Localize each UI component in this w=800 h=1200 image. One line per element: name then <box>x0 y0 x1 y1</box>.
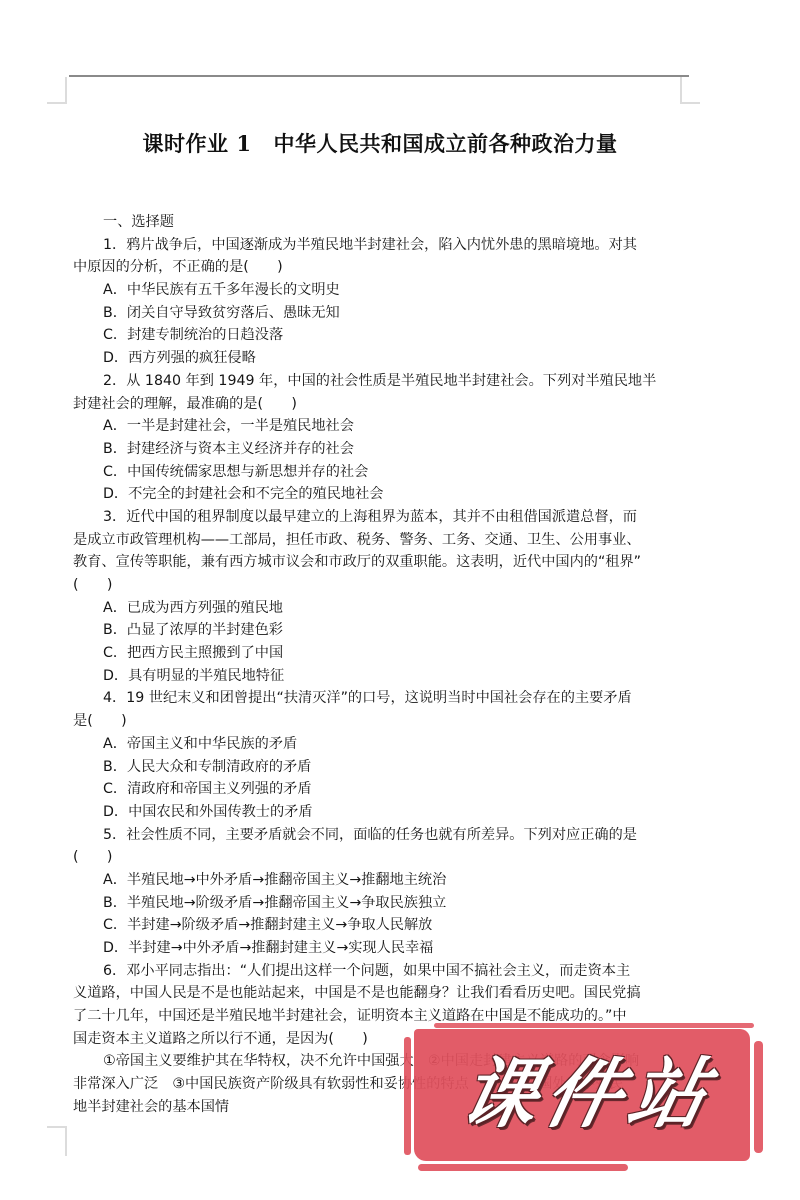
option-c: C．把西方民主照搬到了中国 <box>73 642 689 665</box>
page-title: 课时作业 1中华人民共和国成立前各种政治力量 <box>0 128 760 158</box>
option-d: D．半封建→中外矛盾→推翻封建主义→实现人民幸福 <box>73 937 689 960</box>
option-a: A．帝国主义和中华民族的矛盾 <box>73 733 689 756</box>
document-body: 一、选择题 1．鸦片战争后，中国逐渐成为半殖民地半封建社会，陷入内忧外患的黑暗境… <box>73 211 689 1119</box>
option-c: C．清政府和帝国主义列强的矛盾 <box>73 778 689 801</box>
option-a: A．中华民族有五千多年漫长的文明史 <box>73 279 689 302</box>
option-b: B．封建经济与资本主义经济并存的社会 <box>73 438 689 461</box>
question-5: 5．社会性质不同，主要矛盾就会不同，面临的任务也就有所差异。下列对应正确的是 (… <box>73 824 689 960</box>
option-a: A．一半是封建社会，一半是殖民地社会 <box>73 415 689 438</box>
option-c: C．半封建→阶级矛盾→推翻封建主义→争取人民解放 <box>73 914 689 937</box>
option-d: D．西方列强的疯狂侵略 <box>73 347 689 370</box>
question-stem-line: 义道路，中国人民是不是也能站起来，中国是不是也能翻身？让我们看看历史吧。国民党搞 <box>73 982 689 1005</box>
option-c: C．中国传统儒家思想与新思想并存的社会 <box>73 461 689 484</box>
document-page: 课时作业 1中华人民共和国成立前各种政治力量 一、选择题 1．鸦片战争后，中国逐… <box>0 0 800 1200</box>
option-b: B．人民大众和专制清政府的矛盾 <box>73 756 689 779</box>
option-d: D．中国农民和外国传教士的矛盾 <box>73 801 689 824</box>
corner-mark-top-left <box>47 77 67 104</box>
corner-mark-bottom-left <box>47 1126 67 1156</box>
option-a: A．已成为西方列强的殖民地 <box>73 597 689 620</box>
question-stem-line: 4．19 世纪末义和团曾提出“扶清灭洋”的口号，这说明当时中国社会存在的主要矛盾 <box>73 687 689 710</box>
option-b: B．半殖民地→阶级矛盾→推翻帝国主义→争取民族独立 <box>73 892 689 915</box>
option-a: A．半殖民地→中外矛盾→推翻帝国主义→推翻地主统治 <box>73 869 689 892</box>
stamp-edge <box>418 1164 628 1171</box>
question-stem-line: 5．社会性质不同，主要矛盾就会不同，面临的任务也就有所差异。下列对应正确的是 <box>73 824 689 847</box>
corner-mark-top-right <box>680 77 700 104</box>
question-stem-line: 中原因的分析，不正确的是( ) <box>73 256 689 279</box>
section-heading: 一、选择题 <box>73 211 689 234</box>
stamp-edge <box>434 1023 754 1028</box>
question-stem-line: 6．邓小平同志指出：“人们提出这样一个问题，如果中国不搞社会主义，而走资本主 <box>73 960 689 983</box>
option-c: C．封建专制统治的日趋没落 <box>73 324 689 347</box>
option-d: D．不完全的封建社会和不完全的殖民地社会 <box>73 483 689 506</box>
watermark-text: 课件站 <box>416 1039 759 1149</box>
title-prefix: 课时作业 1 <box>143 131 252 156</box>
question-stem-line: 是( ) <box>73 710 689 733</box>
option-b: B．凸显了浓厚的半封建色彩 <box>73 619 689 642</box>
question-stem-line: 是成立市政管理机构——工部局，担任市政、税务、警务、工务、交通、卫生、公用事业、 <box>73 529 689 552</box>
question-stem-line: ( ) <box>73 574 689 597</box>
option-d: D．具有明显的半殖民地特征 <box>73 665 689 688</box>
watermark-stamp: 课件站 <box>404 1023 766 1171</box>
question-stem-line: 教育、宣传等职能，兼有西方城市议会和市政厅的双重职能。这表明，近代中国内的“租界… <box>73 551 689 574</box>
question-3: 3．近代中国的租界制度以最早建立的上海租界为蓝本，其并不由租借国派遣总督，而 是… <box>73 506 689 688</box>
question-stem-line: ( ) <box>73 846 689 869</box>
question-2: 2．从 1840 年到 1949 年，中国的社会性质是半殖民地半封建社会。下列对… <box>73 370 689 506</box>
question-1: 1．鸦片战争后，中国逐渐成为半殖民地半封建社会，陷入内忧外患的黑暗境地。对其 中… <box>73 234 689 370</box>
title-main: 中华人民共和国成立前各种政治力量 <box>273 131 617 156</box>
question-stem-line: 1．鸦片战争后，中国逐渐成为半殖民地半封建社会，陷入内忧外患的黑暗境地。对其 <box>73 234 689 257</box>
question-4: 4．19 世纪末义和团曾提出“扶清灭洋”的口号，这说明当时中国社会存在的主要矛盾… <box>73 687 689 823</box>
question-stem-line: 3．近代中国的租界制度以最早建立的上海租界为蓝本，其并不由租借国派遣总督，而 <box>73 506 689 529</box>
header-rule <box>69 75 689 77</box>
question-stem-line: 2．从 1840 年到 1949 年，中国的社会性质是半殖民地半封建社会。下列对… <box>73 370 689 393</box>
question-stem-line: 封建社会的理解，最准确的是( ) <box>73 393 689 416</box>
stamp-edge <box>404 1037 411 1155</box>
option-b: B．闭关自守导致贫穷落后、愚昧无知 <box>73 302 689 325</box>
